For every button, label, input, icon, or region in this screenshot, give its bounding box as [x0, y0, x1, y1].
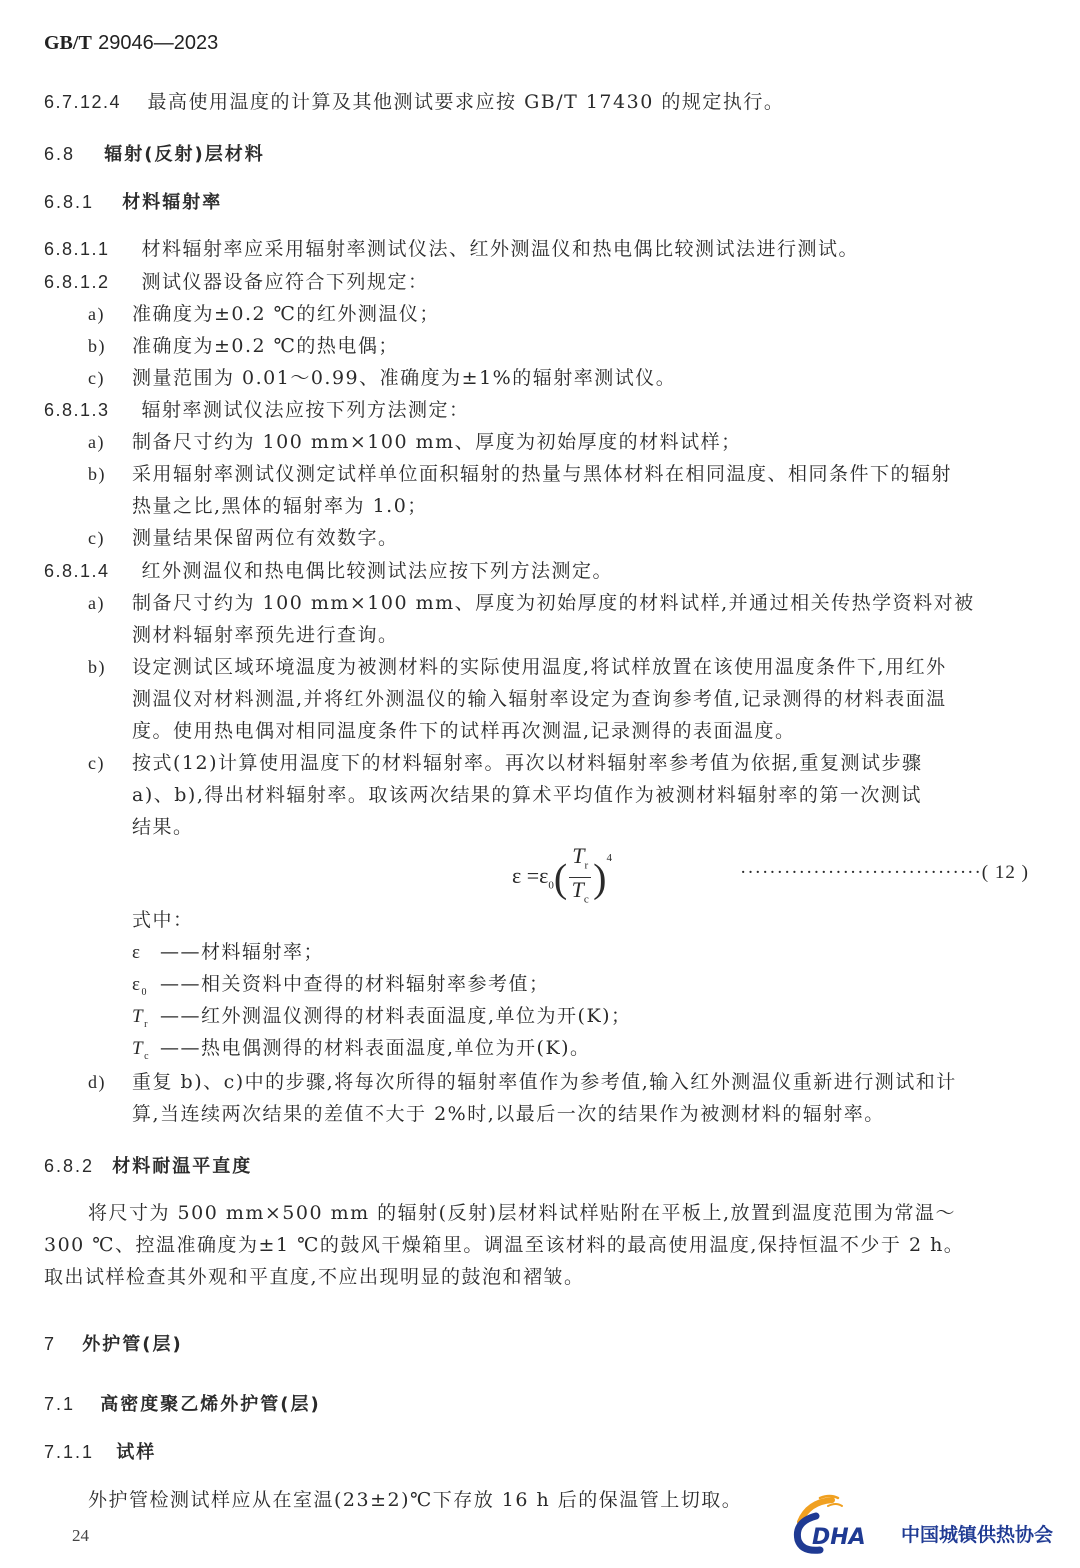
heading-text: 材料辐射率 — [122, 192, 222, 213]
variable-definition: ε——材料辐射率； — [132, 940, 324, 965]
list-item: c)按式(12)计算使用温度下的材料辐射率。再次以材料辐射率参考值为依据,重复测… — [88, 751, 923, 775]
heading-7-1-1: 7.1.1 试样 — [44, 1438, 156, 1464]
item-label: b) — [88, 655, 132, 679]
variable-definition: Tc——热电偶测得的材料表面温度,单位为开(K)。 — [132, 1036, 591, 1069]
heading-number: 7 — [44, 1334, 74, 1355]
item-text: 制备尺寸约为 100 mm×100 mm、厚度为初始厚度的材料试样,并通过相关传… — [132, 592, 975, 614]
heading-number: 7.1 — [44, 1394, 92, 1415]
svg-text:DHA: DHA — [812, 1525, 866, 1550]
equation-label: ( 12 ) — [982, 862, 1029, 883]
item-text: 制备尺寸约为 100 mm×100 mm、厚度为初始厚度的材料试样； — [132, 431, 742, 453]
paragraph-line: 取出试样检查其外观和平直度,不应出现明显的鼓泡和褶皱。 — [44, 1265, 585, 1289]
item-text-continued: 度。使用热电偶对相同温度条件下的试样再次测温,记录测得的表面温度。 — [132, 719, 796, 743]
logo-org-name: 中国城镇供热协会 — [901, 1520, 1053, 1547]
heading-6-8: 6.8 辐射(反射)层材料 — [44, 140, 265, 166]
item-text-continued: 测材料辐射率预先进行查询。 — [132, 623, 399, 647]
clause-text: 材料辐射率应采用辐射率测试仪法、红外测温仪和热电偶比较测试法进行测试。 — [142, 238, 860, 260]
paragraph-line: 外护管检测试样应从在室温(23±2)℃下存放 16 h 后的保温管上切取。 — [88, 1488, 742, 1512]
equation-number: ·································( 12 ) — [740, 862, 1029, 884]
standard-prefix: GB/T — [44, 32, 92, 54]
denominator: Tc — [569, 878, 591, 911]
where-intro: 式中： — [132, 908, 194, 932]
clause-number: 6.8.1.2 — [44, 270, 134, 294]
item-text-continued: 测温仪对材料测温,并将红外测温仪的输入辐射率设定为查询参考值,记录测得的材料表面… — [132, 687, 947, 711]
var-desc: ——材料辐射率； — [160, 941, 324, 963]
clause-number: 6.8.1.3 — [44, 398, 134, 422]
right-paren: ) — [593, 855, 606, 900]
heading-number: 6.8.1 — [44, 192, 114, 213]
item-label: c) — [88, 366, 132, 390]
var-symbol: ε — [132, 941, 160, 965]
formula-12: ε =ε0(TrTc)4 — [512, 844, 612, 912]
item-label: c) — [88, 751, 132, 775]
item-text: 测量范围为 0.01～0.99、准确度为±1%的辐射率测试仪。 — [132, 367, 676, 389]
variable-definition: ε0——相关资料中查得的材料辐射率参考值； — [132, 972, 550, 1005]
left-paren: ( — [554, 855, 567, 900]
numerator: Tr — [569, 844, 591, 878]
item-text-continued: a)、b),得出材料辐射率。取该两次结果的算术平均值作为被测材料辐射率的第一次测… — [132, 783, 922, 807]
list-item: c)测量范围为 0.01～0.99、准确度为±1%的辐射率测试仪。 — [88, 366, 676, 390]
paragraph-line: 300 ℃、控温准确度为±1 ℃的鼓风干燥箱里。调温至该材料的最高使用温度,保持… — [44, 1233, 964, 1257]
list-item: b)准确度为±0.2 ℃的热电偶； — [88, 334, 399, 358]
clause-number: 6.8.1.4 — [44, 559, 134, 583]
clause-6-7-12-4: 6.7.12.4 最高使用温度的计算及其他测试要求应按 GB/T 17430 的… — [44, 90, 784, 114]
document-header: GB/T 29046—2023 — [44, 30, 218, 55]
heading-7-1: 7.1 高密度聚乙烯外护管(层) — [44, 1390, 321, 1416]
heading-6-8-1: 6.8.1 材料辐射率 — [44, 188, 222, 214]
list-item: d)重复 b)、c)中的步骤,将每次所得的辐射率值作为参考值,输入红外测温仪重新… — [88, 1070, 957, 1094]
item-text-continued: 热量之比,黑体的辐射率为 1.0； — [132, 494, 428, 518]
dot-leader: ································· — [740, 862, 982, 883]
heading-7: 7 外护管(层) — [44, 1330, 183, 1356]
list-item: a)制备尺寸约为 100 mm×100 mm、厚度为初始厚度的材料试样； — [88, 430, 742, 454]
formula-equals: = — [527, 863, 539, 888]
cdha-logo: DHA 中国城镇供热协会 — [786, 1492, 1066, 1556]
heading-number: 6.8.2 — [44, 1156, 104, 1177]
heading-text: 材料耐温平直度 — [112, 1156, 252, 1177]
clause-text: 最高使用温度的计算及其他测试要求应按 GB/T 17430 的规定执行。 — [148, 91, 785, 113]
item-label: b) — [88, 334, 132, 358]
item-label: a) — [88, 302, 132, 326]
clause-number: 6.8.1.1 — [44, 237, 134, 261]
heading-text: 辐射(反射)层材料 — [104, 144, 264, 165]
clause-6-8-1-3: 6.8.1.3 辐射率测试仪法应按下列方法测定： — [44, 398, 470, 422]
list-item: a)准确度为±0.2 ℃的红外测温仪； — [88, 302, 440, 326]
var-symbol: Tr — [132, 1005, 160, 1037]
clause-text: 辐射率测试仪法应按下列方法测定： — [142, 399, 470, 421]
item-label: d) — [88, 1070, 132, 1094]
heading-text: 高密度聚乙烯外护管(层) — [100, 1394, 320, 1415]
list-item: c)测量结果保留两位有效数字。 — [88, 526, 399, 550]
standard-number: 29046—2023 — [98, 32, 218, 54]
clause-number: 6.7.12.4 — [44, 90, 140, 114]
item-text: 准确度为±0.2 ℃的红外测温仪； — [132, 303, 440, 325]
cdha-emblem-icon: DHA — [786, 1492, 896, 1556]
var-desc: ——红外测温仪测得的材料表面温度,单位为开(K)； — [160, 1005, 632, 1027]
item-text: 准确度为±0.2 ℃的热电偶； — [132, 335, 399, 357]
var-desc: ——相关资料中查得的材料辐射率参考值； — [160, 973, 550, 995]
list-item: b)设定测试区域环境温度为被测材料的实际使用温度,将试样放置在该使用温度条件下,… — [88, 655, 947, 679]
item-label: b) — [88, 462, 132, 486]
list-item: b)采用辐射率测试仪测定试样单位面积辐射的热量与黑体材料在相同温度、相同条件下的… — [88, 462, 952, 486]
item-text: 设定测试区域环境温度为被测材料的实际使用温度,将试样放置在该使用温度条件下,用红… — [132, 656, 947, 678]
paragraph-line: 将尺寸为 500 mm×500 mm 的辐射(反射)层材料试样贴附在平板上,放置… — [88, 1201, 956, 1225]
var-desc: ——热电偶测得的材料表面温度,单位为开(K)。 — [160, 1037, 591, 1059]
heading-6-8-2: 6.8.2 材料耐温平直度 — [44, 1152, 252, 1178]
item-label: a) — [88, 591, 132, 615]
heading-text: 外护管(层) — [82, 1334, 182, 1355]
item-text: 测量结果保留两位有效数字。 — [132, 527, 399, 549]
item-text: 重复 b)、c)中的步骤,将每次所得的辐射率值作为参考值,输入红外测温仪重新进行… — [132, 1071, 957, 1093]
var-symbol: ε0 — [132, 973, 160, 1005]
heading-number: 7.1.1 — [44, 1442, 108, 1463]
heading-number: 6.8 — [44, 144, 96, 165]
formula-lhs: ε — [512, 863, 521, 888]
clause-6-8-1-1: 6.8.1.1 材料辐射率应采用辐射率测试仪法、红外测温仪和热电偶比较测试法进行… — [44, 237, 859, 261]
var-symbol: Tc — [132, 1037, 160, 1069]
clause-6-8-1-4: 6.8.1.4 红外测温仪和热电偶比较测试法应按下列方法测定。 — [44, 559, 613, 583]
item-text: 按式(12)计算使用温度下的材料辐射率。再次以材料辐射率参考值为依据,重复测试步… — [132, 752, 923, 774]
clause-6-8-1-2: 6.8.1.2 测试仪器设备应符合下列规定： — [44, 270, 429, 294]
item-label: c) — [88, 526, 132, 550]
heading-text: 试样 — [116, 1442, 156, 1463]
item-text-continued: 算,当连续两次结果的差值不大于 2%时,以最后一次的结果作为被测材料的辐射率。 — [132, 1102, 885, 1126]
item-text-continued: 结果。 — [132, 815, 194, 839]
item-label: a) — [88, 430, 132, 454]
item-text: 采用辐射率测试仪测定试样单位面积辐射的热量与黑体材料在相同温度、相同条件下的辐射 — [132, 463, 952, 485]
variable-definition: Tr——红外测温仪测得的材料表面温度,单位为开(K)； — [132, 1004, 632, 1037]
page-number: 24 — [72, 1526, 89, 1546]
clause-text: 测试仪器设备应符合下列规定： — [142, 271, 429, 293]
formula-exponent: 4 — [607, 852, 613, 864]
clause-text: 红外测温仪和热电偶比较测试法应按下列方法测定。 — [142, 560, 614, 582]
list-item: a)制备尺寸约为 100 mm×100 mm、厚度为初始厚度的材料试样,并通过相… — [88, 591, 975, 615]
fraction: TrTc — [569, 844, 591, 912]
